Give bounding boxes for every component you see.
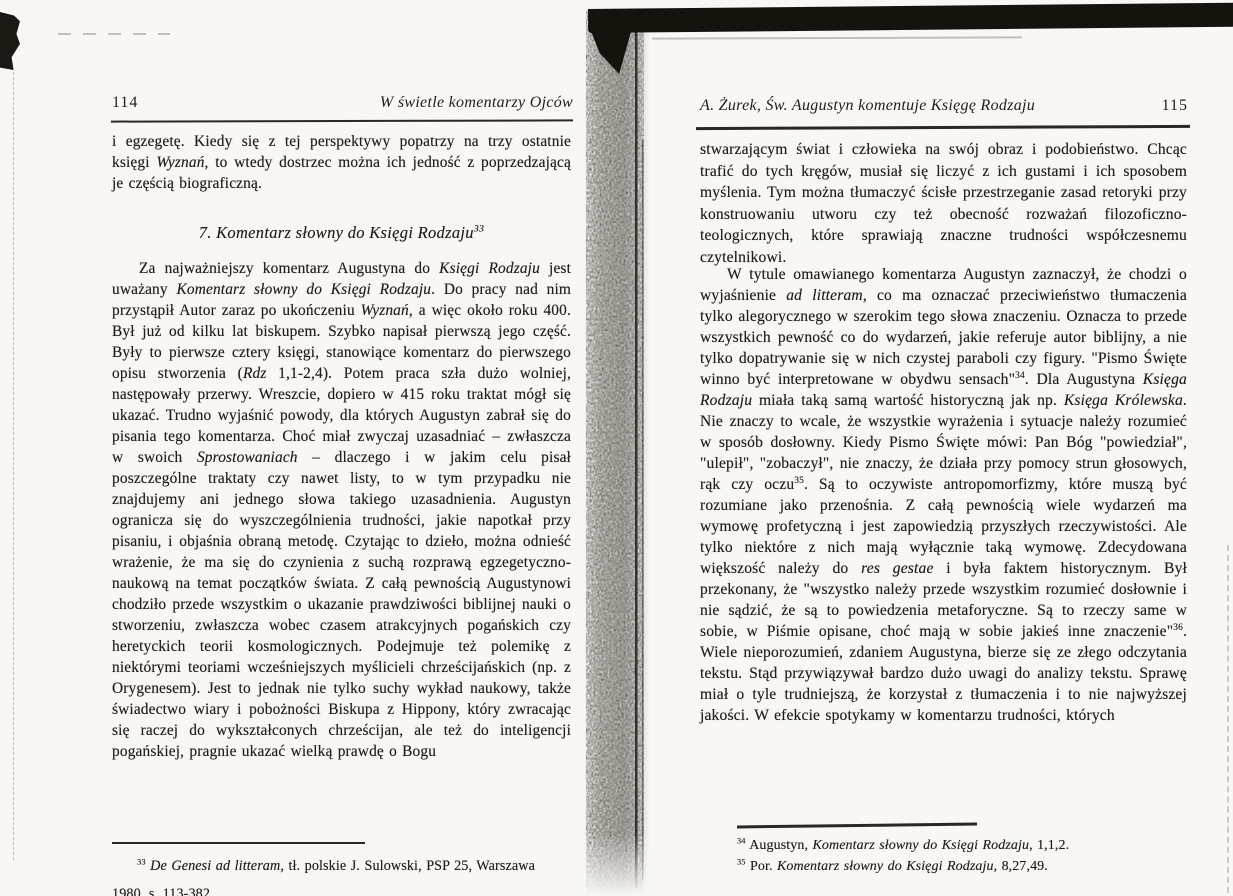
text-run: Sprostowaniach bbox=[197, 449, 298, 466]
left-page-edge-line bbox=[13, 72, 14, 860]
text-run: 33 bbox=[474, 224, 484, 235]
left-intro-paragraph: i egzegetę. Kiedy się z tej perspektywy … bbox=[112, 131, 571, 194]
text-run: Komentarz słowny do Księgi Rodzaju bbox=[812, 838, 1029, 853]
text-run: ad litteram bbox=[786, 287, 863, 304]
text-run: Wyznań bbox=[361, 302, 409, 319]
text-run: stwarzającym świat i człowieka na swój o… bbox=[700, 141, 1187, 266]
text-run: res gestae bbox=[861, 560, 933, 577]
scan-dash-artifact bbox=[58, 33, 170, 35]
text-run: , 8,27,49. bbox=[994, 859, 1048, 874]
text-run: 35 bbox=[794, 476, 804, 486]
left-header-rule bbox=[111, 119, 573, 122]
left-main-paragraph: Za najważniejszy komentarz Augustyna do … bbox=[112, 258, 571, 762]
footnote-34-text: Augustyn, Komentarz słowny do Księgi Rod… bbox=[746, 838, 1070, 853]
text-run: miała taką samą wartość historyczną jak … bbox=[752, 392, 1064, 409]
right-page-edge-line bbox=[1227, 545, 1229, 893]
text-run: – dlaczego i w jakim celu pisał poszczeg… bbox=[112, 449, 571, 760]
right-footnote-35: 35 Por. Komentarz słowny do Księgi Rodza… bbox=[737, 857, 1187, 877]
right-page-number: 115 bbox=[1162, 97, 1188, 115]
left-page-header: 114 W świetle komentarzy Ojców bbox=[112, 94, 573, 112]
left-footnote-33: 33 De Genesi ad litteram, tł. polskie J.… bbox=[112, 856, 584, 876]
right-running-head: A. Żurek, Św. Augustyn komentuje Księgę … bbox=[700, 97, 1035, 115]
footnote-33-marker: 33 bbox=[137, 856, 146, 866]
book-scan: { "colors": { "paper": "#f8f7f3", "ink":… bbox=[0, 0, 1233, 896]
text-run: Komentarz słowny do Księgi Rodzaju bbox=[777, 859, 994, 874]
right-page-header: A. Żurek, Św. Augustyn komentuje Księgę … bbox=[700, 97, 1188, 115]
text-run: 7. Komentarz słowny do Księgi Rodzaju bbox=[199, 223, 474, 242]
footnote-35-text: Por. Komentarz słowny do Księgi Rodzaju,… bbox=[746, 859, 1048, 874]
right-paragraph-1: stwarzającym świat i człowieka na swój o… bbox=[700, 139, 1187, 268]
text-run: , tł. polskie J. Sulowski, PSP 25, Warsz… bbox=[280, 858, 535, 874]
text-run: , 1,1,2. bbox=[1029, 838, 1069, 853]
footnote-34-marker: 34 bbox=[737, 836, 746, 845]
text-run: Wyznań bbox=[156, 154, 204, 171]
text-run: Księgi Rodzaju bbox=[439, 260, 540, 277]
text-run: Za najważniejszy komentarz Augustyna do bbox=[139, 260, 439, 277]
scanner-edge-bar bbox=[588, 3, 1233, 33]
left-running-head: W świetle komentarzy Ojców bbox=[380, 94, 573, 112]
text-run: Augustyn, bbox=[746, 838, 813, 853]
left-footnote-rule bbox=[112, 842, 365, 844]
text-run: Księga Królewska bbox=[1064, 392, 1183, 409]
gutter-shadow bbox=[584, 0, 650, 896]
right-footnote-rule bbox=[737, 823, 977, 828]
left-page-number: 114 bbox=[112, 94, 138, 112]
right-header-rule bbox=[696, 125, 1190, 130]
text-run: 34 bbox=[1015, 371, 1025, 381]
text-run: Rdz bbox=[243, 365, 267, 382]
section-heading: 7. Komentarz słowny do Księgi Rodzaju33 bbox=[112, 223, 571, 243]
footnote-33-text: De Genesi ad litteram, tł. polskie J. Su… bbox=[146, 858, 535, 874]
text-run: Por. bbox=[746, 859, 777, 874]
scan-corner-smudge bbox=[0, 12, 20, 70]
text-run: De Genesi ad litteram bbox=[150, 858, 280, 874]
left-footnote-33-continuation: 1980, s. 113-382. bbox=[112, 884, 412, 896]
text-run: . Dla Augustyna bbox=[1025, 371, 1143, 388]
text-run: Komentarz słowny do Księgi Rodzaju bbox=[176, 281, 431, 298]
right-paragraph-2: W tytule omawianego komentarza Augustyn … bbox=[700, 264, 1187, 726]
text-run: 36 bbox=[1173, 623, 1183, 633]
page-top-edge-line bbox=[652, 36, 1022, 39]
footnote-35-marker: 35 bbox=[737, 857, 746, 866]
right-footnote-34: 34 Augustyn, Komentarz słowny do Księgi … bbox=[737, 836, 1187, 856]
